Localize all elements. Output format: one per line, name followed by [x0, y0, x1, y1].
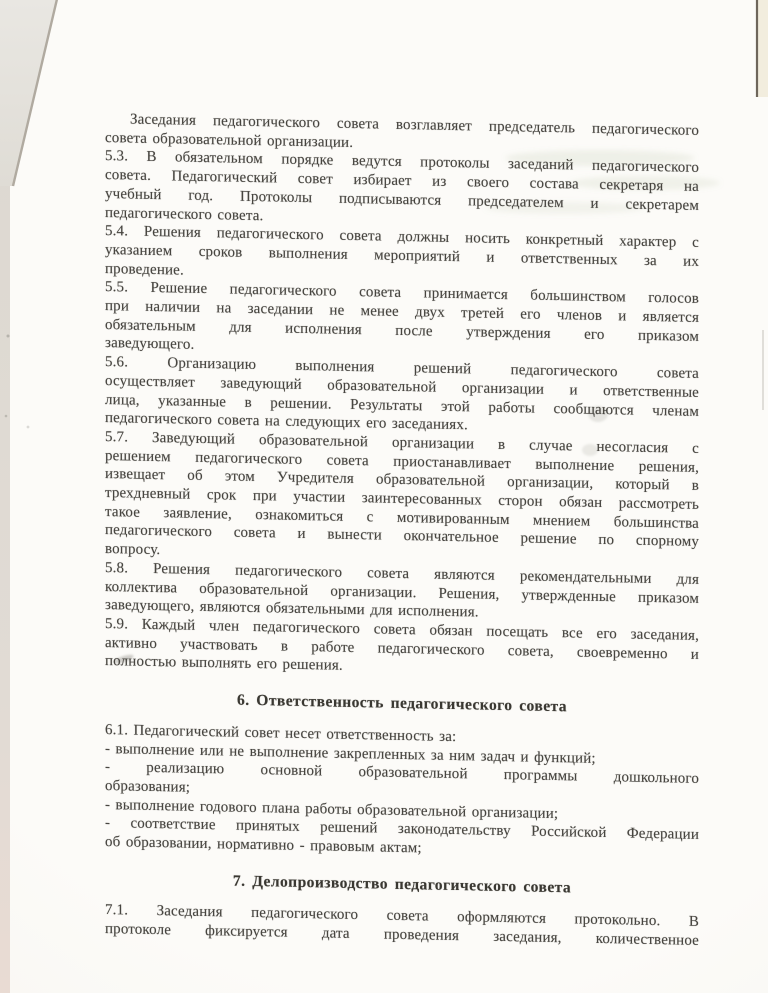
paragraph: 5.5. Решение педагогического совета прин… — [105, 278, 699, 365]
scanner-edge-left — [0, 0, 10, 993]
paragraph: 7.1. Заседания педагогического совета оф… — [105, 901, 699, 950]
scanned-page: Заседания педагогического совета возглав… — [0, 0, 768, 993]
paper-speck — [7, 335, 10, 338]
section-heading: 6. Ответственность педагогического совет… — [105, 689, 699, 720]
page-edge-tint — [758, 0, 768, 97]
section-heading: 7. Делопроизводство педагогического сове… — [105, 870, 699, 901]
paragraph: 5.6. Организацию выполнения решений педа… — [105, 353, 699, 440]
paragraph: 5.9. Каждый член педагогического совета … — [105, 615, 699, 683]
paper-speck — [27, 426, 30, 429]
paragraph: 6.1. Педагогический совет несет ответств… — [105, 721, 699, 864]
document-text: Заседания педагогического совета возглав… — [105, 110, 699, 951]
paper-speck — [5, 415, 8, 418]
page-fold-corner — [0, 0, 58, 186]
paragraph: 5.3. В обязательном порядке ведутся прот… — [105, 147, 699, 234]
fold-crease-line — [13, 0, 57, 186]
paragraph: 5.7. Заведующий образовательной организа… — [105, 428, 699, 571]
